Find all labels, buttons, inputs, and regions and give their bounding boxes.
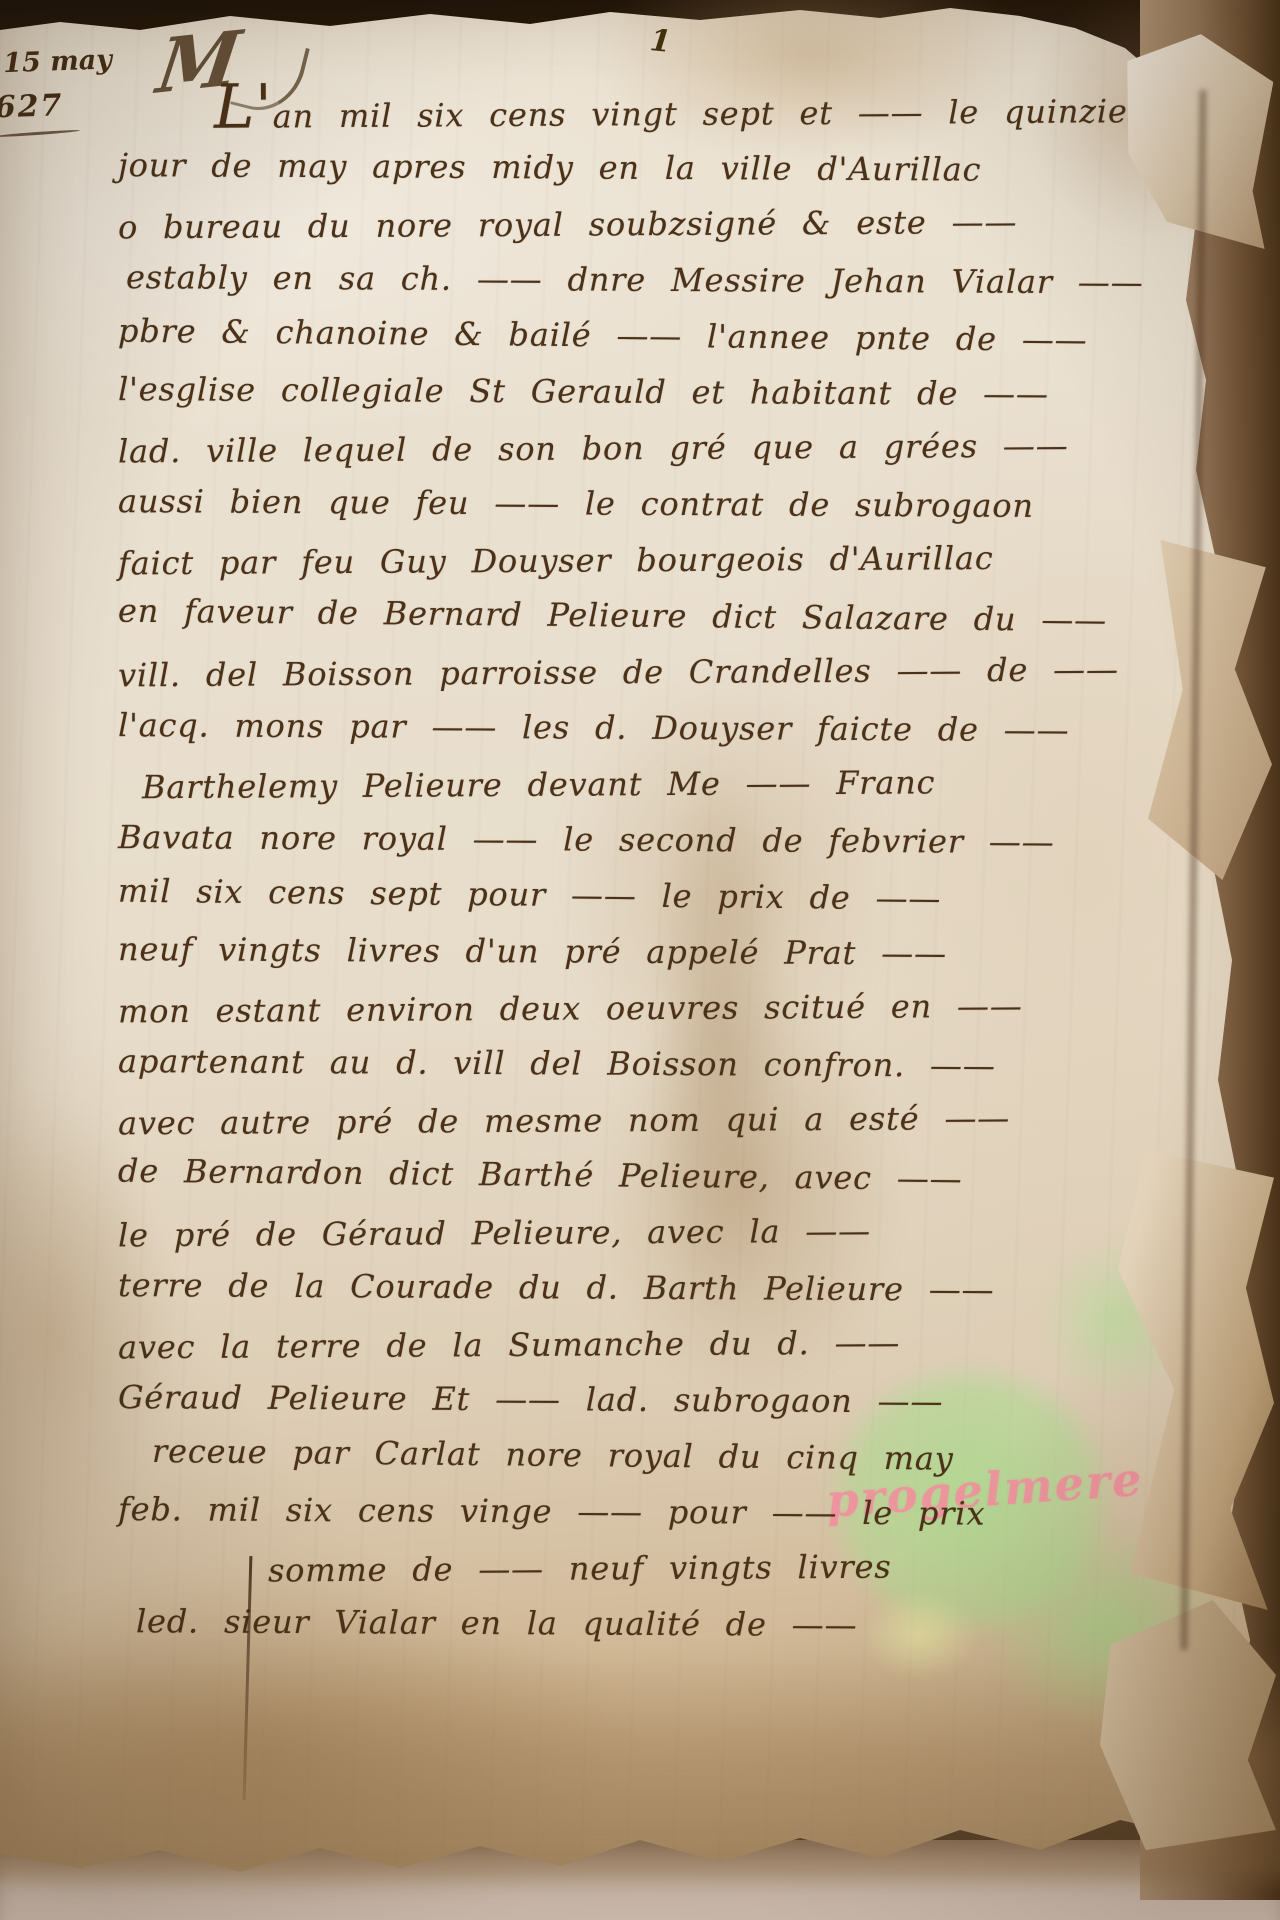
margin-date-note: 15 may 627 bbox=[3, 38, 126, 130]
manuscript-line: Géraud Pelieure Et —— lad. subrogaon —— bbox=[118, 1369, 1228, 1431]
manuscript-line: de Bernardon dict Barthé Pelieure, avec … bbox=[118, 1143, 1228, 1210]
manuscript-line: l'esglise collegiale St Gerauld et habit… bbox=[118, 361, 1228, 423]
manuscript-line: jour de may apres midy en la ville d'Aur… bbox=[118, 137, 1228, 199]
manuscript-line: neuf vingts livres d'un pré appelé Prat … bbox=[118, 921, 1228, 983]
manuscript-photo: { "header": { "margin_date_line1": "15 m… bbox=[0, 0, 1280, 1920]
manuscript-line: receue par Carlat nore royal du cinq may bbox=[118, 1423, 1228, 1490]
margin-date-line2: 627 bbox=[0, 82, 125, 131]
manuscript-line: pbre & chanoine & bailé —— l'annee pnte … bbox=[118, 303, 1228, 370]
manuscript-line: avec la terre de la Sumanche du d. —— bbox=[118, 1313, 1228, 1376]
manuscript-line: somme de —— neuf vingts livres bbox=[118, 1537, 1228, 1600]
manuscript-line: lad. ville lequel de son bon gré que a g… bbox=[118, 417, 1228, 480]
manuscript-line: l'acq. mons par —— les d. Douyser faicte… bbox=[118, 697, 1228, 759]
margin-date-line1: 15 may bbox=[3, 38, 124, 86]
manuscript-line: apartenant au d. vill del Boisson confro… bbox=[118, 1033, 1228, 1095]
manuscript-line: avec autre pré de mesme nom qui a esté —… bbox=[118, 1089, 1228, 1152]
manuscript-text-block: L'an mil six cens vingt sept et —— le qu… bbox=[118, 84, 1228, 1652]
manuscript-line: mil six cens sept pour —— le prix de —— bbox=[118, 863, 1228, 930]
manuscript-line: vill. del Boisson parroisse de Crandelle… bbox=[118, 641, 1228, 704]
manuscript-line: le pré de Géraud Pelieure, avec la —— bbox=[118, 1201, 1228, 1264]
manuscript-line: Barthelemy Pelieure devant Me —— Franc bbox=[118, 753, 1228, 816]
manuscript-line: feb. mil six cens vinge —— pour —— le pr… bbox=[118, 1481, 1228, 1543]
manuscript-line: Bavata nore royal —— le second de febvri… bbox=[118, 809, 1228, 871]
manuscript-line: aussi bien que feu —— le contrat de subr… bbox=[118, 473, 1228, 535]
manuscript-line: o bureau du nore royal soubzsigné & este… bbox=[118, 193, 1228, 256]
page-number: 1 bbox=[648, 23, 672, 60]
manuscript-line: L'an mil six cens vingt sept et —— le qu… bbox=[118, 81, 1228, 144]
manuscript-line: terre de la Courade du d. Barth Pelieure… bbox=[118, 1257, 1228, 1319]
manuscript-line: en faveur de Bernard Pelieure dict Salaz… bbox=[118, 583, 1228, 650]
manuscript-line: faict par feu Guy Douyser bourgeois d'Au… bbox=[118, 529, 1228, 592]
manuscript-line: led. sieur Vialar en la qualité de —— bbox=[118, 1593, 1228, 1655]
manuscript-line: estably en sa ch. —— dnre Messire Jehan … bbox=[118, 249, 1228, 311]
manuscript-line: mon estant environ deux oeuvres scitué e… bbox=[118, 977, 1228, 1040]
